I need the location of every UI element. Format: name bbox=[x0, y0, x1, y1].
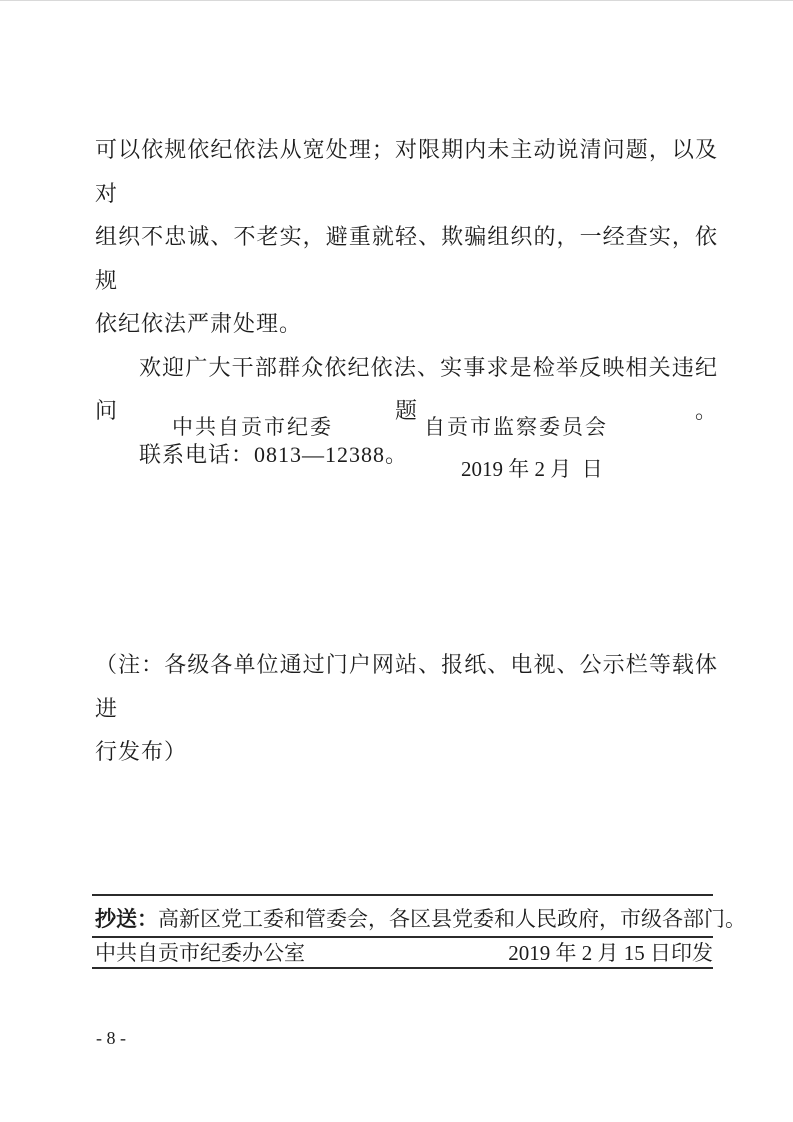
page-number: - 8 - bbox=[96, 1028, 126, 1049]
signature-date: 2019 年 2 月 日 bbox=[461, 453, 603, 483]
note-line: （注：各级各单位通过门户网站、报纸、电视、公示栏等载体进 bbox=[95, 643, 718, 730]
footer-rule-middle bbox=[92, 936, 713, 938]
paragraph-line: 组织不忠诚、不老实，避重就轻、欺骗组织的，一经查实，依规 bbox=[95, 215, 718, 302]
issuing-office: 中共自贡市纪委办公室 bbox=[95, 940, 305, 966]
signature-right-org: 自贡市监察委员会 bbox=[424, 411, 608, 441]
note-line: 行发布） bbox=[95, 730, 718, 774]
paragraph-line: 依纪依法严肃处理。 bbox=[95, 302, 718, 346]
cc-label: 抄送： bbox=[95, 907, 158, 931]
cc-line: 抄送：高新区党工委和管委会，各区县党委和人民政府，市级各部门。 bbox=[95, 905, 715, 934]
page-top-border bbox=[0, 0, 793, 1]
footer-rule-top bbox=[92, 894, 713, 896]
issuing-line: 中共自贡市纪委办公室 2019 年 2 月 15 日印发 bbox=[95, 940, 713, 966]
cc-recipients: 高新区党工委和管委会，各区县党委和人民政府，市级各部门。 bbox=[158, 907, 746, 931]
signature-left-org: 中共自贡市纪委 bbox=[172, 411, 333, 441]
paragraph-line: 可以依规依纪依法从宽处理；对限期内未主动说清问题，以及对 bbox=[95, 128, 718, 215]
publication-note: （注：各级各单位通过门户网站、报纸、电视、公示栏等载体进 行发布） bbox=[95, 643, 718, 774]
document-page: 可以依规依纪依法从宽处理；对限期内未主动说清问题，以及对 组织不忠诚、不老实，避… bbox=[0, 0, 793, 1122]
footer-rule-bottom bbox=[92, 967, 713, 969]
print-date: 2019 年 2 月 15 日印发 bbox=[508, 940, 713, 966]
